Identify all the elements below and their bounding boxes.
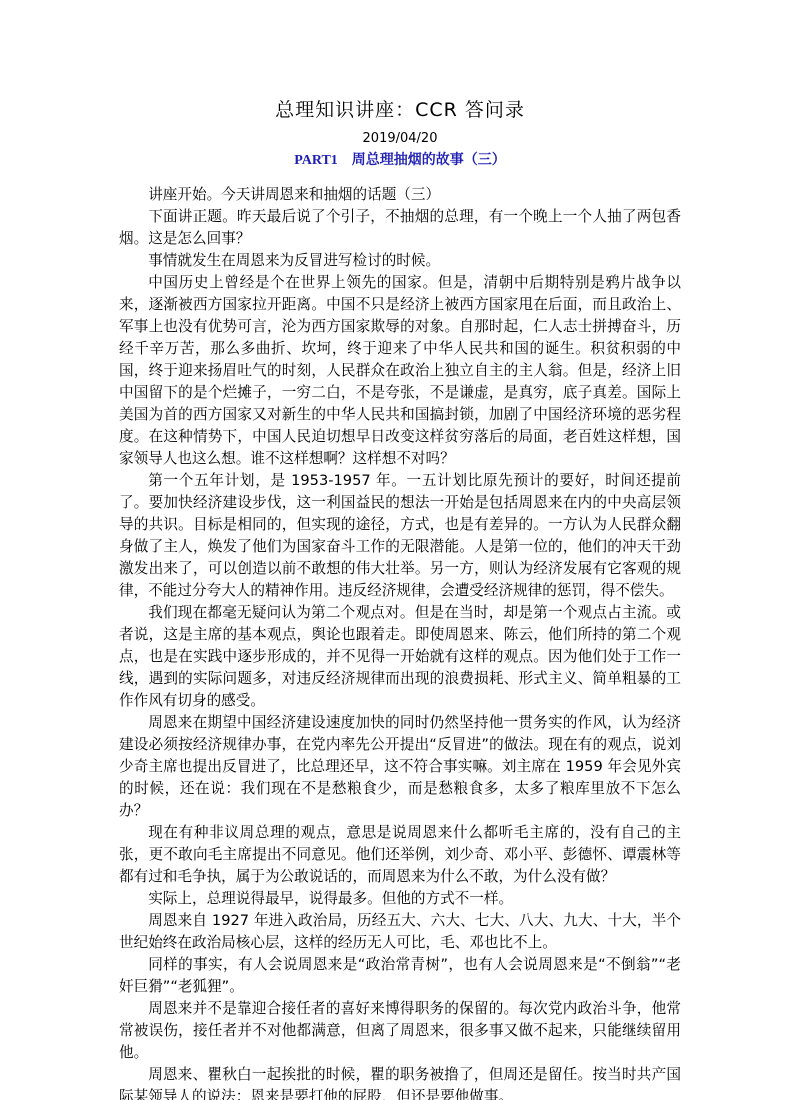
paragraph: 周恩来、瞿秋白一起挨批的时候，瞿的职务被撸了，但周还是留任。按当时共产国际某领导… [119,1064,681,1100]
paragraph: 周恩来自 1927 年进入政治局，历经五大、六大、七大、八大、九大、十大，半个世… [119,910,681,954]
document-body: 讲座开始。今天讲周恩来和抽烟的话题（三） 下面讲正题。昨天最后说了个引子，不抽烟… [119,184,681,1100]
paragraph: 中国历史上曾经是个在世界上领先的国家。但是，清朝中后期特别是鸦片战争以来，逐渐被… [119,272,681,470]
paragraph: 事情就发生在周恩来为反冒进写检讨的时候。 [119,250,681,272]
paragraph: 第一个五年计划，是 1953-1957 年。一五计划比原先预计的要好，时间还提前… [119,470,681,602]
paragraph: 现在有种非议周总理的观点，意思是说周恩来什么都听毛主席的，没有自己的主张，更不敢… [119,822,681,888]
part-number: PART1 [294,153,338,168]
paragraph: 同样的事实，有人会说周恩来是“政治常青树”，也有人会说周恩来是“不倒翁”“老奸巨… [119,954,681,998]
paragraph: 实际上，总理说得最早，说得最多。但他的方式不一样。 [119,888,681,910]
paragraph: 周恩来并不是靠迎合接任者的喜好来博得职务的保留的。每次党内政治斗争，他常常被误伤… [119,998,681,1064]
paragraph: 下面讲正题。昨天最后说了个引子，不抽烟的总理，有一个晚上一个人抽了两包香烟。这是… [119,206,681,250]
part-heading: PART1周总理抽烟的故事（三） [0,149,800,169]
paragraph: 周恩来在期望中国经济建设速度加快的同时仍然坚持他一贯务实的作风，认为经济建设必须… [119,712,681,822]
document-page: 总理知识讲座：CCR 答问录 2019/04/20 PART1周总理抽烟的故事（… [0,0,800,1100]
part-title: 周总理抽烟的故事（三） [352,152,506,168]
document-date: 2019/04/20 [0,131,800,146]
document-title: 总理知识讲座：CCR 答问录 [0,95,800,122]
paragraph: 讲座开始。今天讲周恩来和抽烟的话题（三） [119,184,681,206]
paragraph: 我们现在都毫无疑问认为第二个观点对。但是在当时，却是第一个观点占主流。或者说，这… [119,602,681,712]
